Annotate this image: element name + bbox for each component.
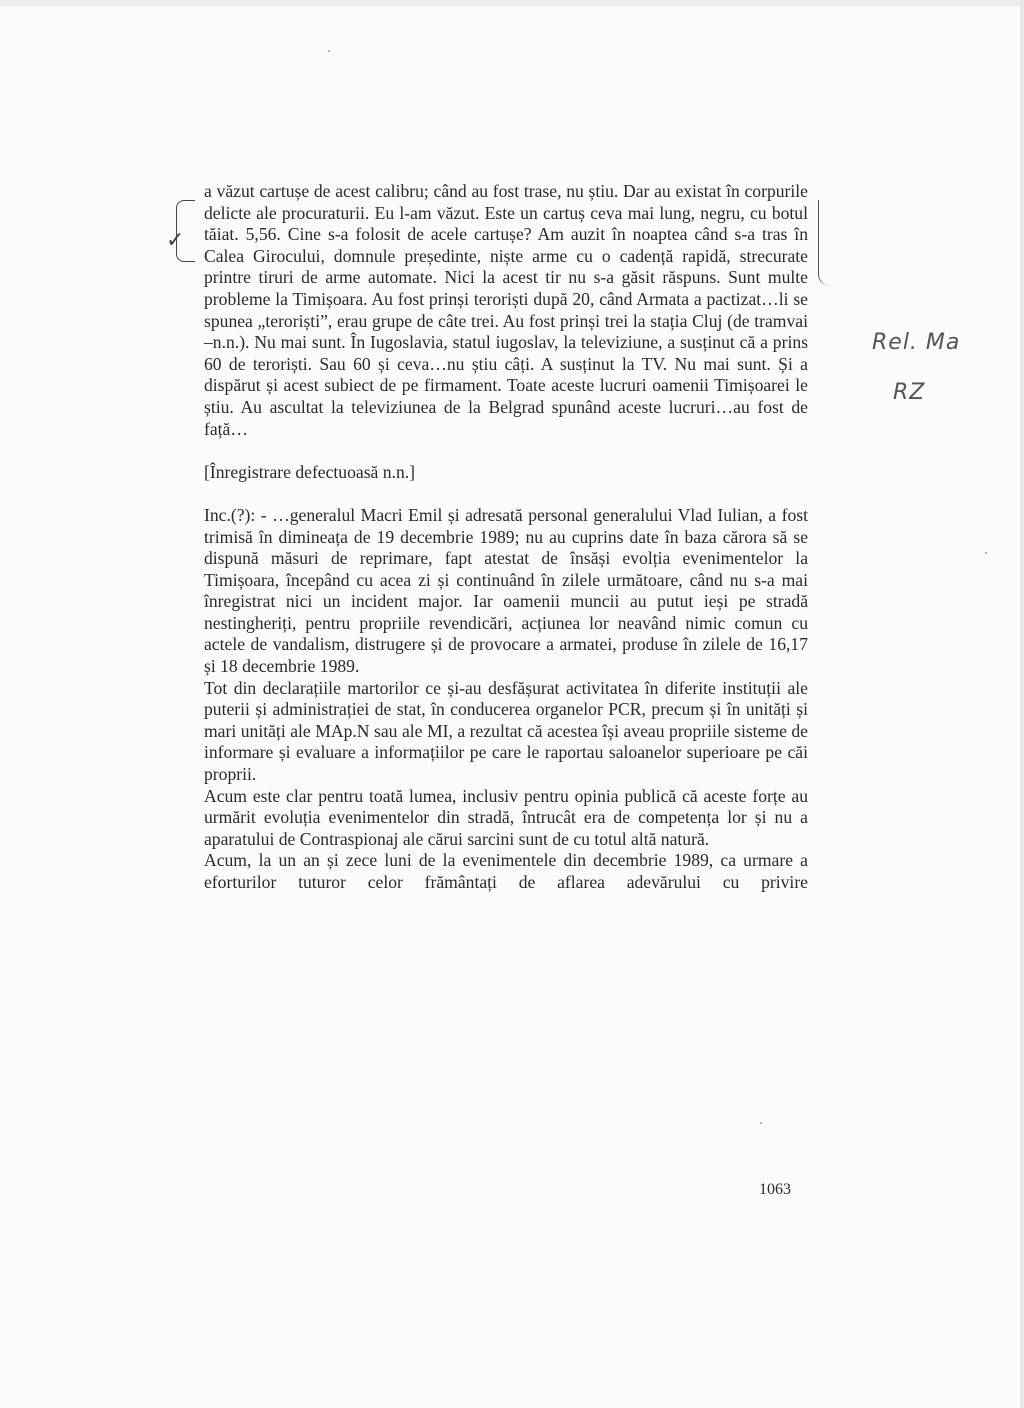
paragraph-inc-statement: Inc.(?): - …generalul Macri Emil și adre… (204, 505, 808, 678)
handwritten-check-icon: ✓ (166, 228, 184, 253)
handwritten-margin-note-1: Rel. Ma (872, 330, 960, 355)
page-number: 1063 (759, 1181, 791, 1199)
scan-edge-right (1020, 0, 1024, 1408)
document-body: a văzut cartușe de acest calibru; când a… (204, 181, 808, 894)
paragraph-public-opinion: Acum este clar pentru toată lumea, inclu… (204, 786, 808, 851)
scan-edge-top (0, 0, 1024, 6)
scan-speck (328, 50, 330, 52)
paragraph-one-year-ten-months: Acum, la un an și zece luni de la evenim… (204, 850, 808, 893)
handwritten-margin-note-2: RZ (893, 380, 925, 405)
scan-speck (985, 552, 987, 554)
paragraph-recording-note: [Înregistrare defectuoasă n.n.] (204, 462, 808, 484)
paragraph-testimony: a văzut cartușe de acest calibru; când a… (204, 181, 808, 440)
handwritten-bracket-right (818, 200, 831, 286)
paragraph-witness-declarations: Tot din declarațiile martorilor ce și-au… (204, 678, 808, 786)
scan-speck (760, 1122, 762, 1124)
